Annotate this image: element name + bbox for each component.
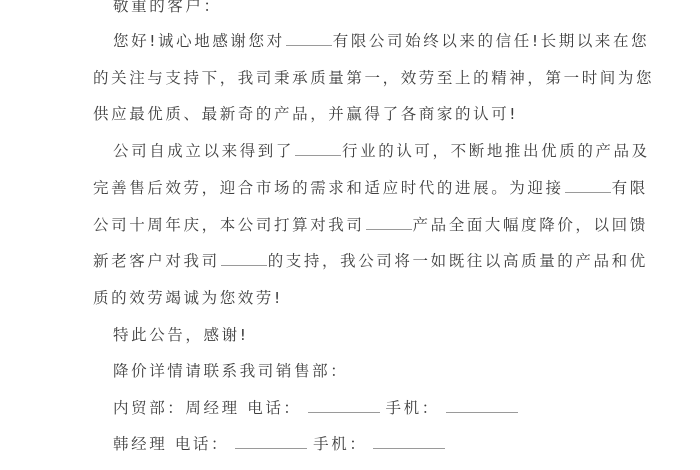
- text-segment: 新老客户对我司: [93, 252, 220, 270]
- mobile-blank: [373, 434, 445, 449]
- text-segment: 的支持，我公司将一如既往以高质量的产品和优: [268, 252, 648, 270]
- paragraph-2-line-1: 公司自成立以来得到了行业的认可，不断地推出优质的产品及: [113, 141, 638, 161]
- mobile-label: 手机：: [313, 435, 367, 453]
- fill-in-blank-support: [221, 251, 267, 266]
- contact-row-han: 韩经理 电话：手机：: [113, 434, 638, 454]
- paragraph-1-line-2: 的关注与支持下，我司秉承质量第一，效劳至上的精神，第一时间为您: [93, 68, 618, 88]
- contact-prefix: 韩经理 电话：: [113, 435, 229, 453]
- text-segment: 公司十周年庆，本公司打算对我司: [93, 216, 365, 234]
- paragraph-2-line-2: 完善售后效劳，迎合市场的需求和适应时代的进展。为迎接有限: [93, 178, 618, 198]
- text-segment: 您好!诚心地感谢您对: [113, 32, 285, 50]
- paragraph-2-line-5: 质的效劳竭诚为您效劳!: [93, 288, 618, 308]
- contact-prefix: 内贸部：周经理 电话：: [113, 399, 302, 417]
- contact-intro: 降价详情请联系我司销售部：: [113, 361, 638, 381]
- fill-in-blank-industry: [295, 141, 341, 156]
- paragraph-2-line-4: 新老客户对我司的支持，我公司将一如既往以高质量的产品和优: [93, 251, 618, 271]
- fill-in-blank-company-2: [565, 178, 611, 193]
- document-page: 敬重的客户： 您好!诚心地感谢您对有限公司始终以来的信任!长期以来在您 的关注与…: [0, 0, 700, 470]
- text-segment: 行业的认可，不断地推出优质的产品及: [342, 142, 650, 160]
- text-segment: 有限公司始终以来的信任!长期以来在您: [333, 32, 650, 50]
- phone-blank: [235, 434, 307, 449]
- text-segment: 完善售后效劳，迎合市场的需求和适应时代的进展。为迎接: [93, 179, 564, 197]
- closing-line: 特此公告，感谢!: [113, 325, 638, 345]
- fill-in-blank-company: [286, 31, 332, 46]
- paragraph-1-line-1: 您好!诚心地感谢您对有限公司始终以来的信任!长期以来在您: [113, 31, 638, 51]
- phone-blank: [308, 398, 380, 413]
- contact-row-domestic: 内贸部：周经理 电话：手机：: [113, 398, 638, 418]
- text-segment: 公司自成立以来得到了: [113, 142, 294, 160]
- mobile-label: 手机：: [386, 399, 440, 417]
- paragraph-2-line-3: 公司十周年庆，本公司打算对我司产品全面大幅度降价，以回馈: [93, 215, 618, 235]
- mobile-blank: [446, 398, 518, 413]
- text-segment: 有限: [612, 179, 648, 197]
- fill-in-blank-product: [366, 215, 412, 230]
- text-segment: 产品全面大幅度降价，以回馈: [413, 216, 648, 234]
- salutation: 敬重的客户：: [113, 0, 638, 16]
- paragraph-1-line-3: 供应最优质、最新奇的产品，并赢得了各商家的认可!: [93, 104, 618, 124]
